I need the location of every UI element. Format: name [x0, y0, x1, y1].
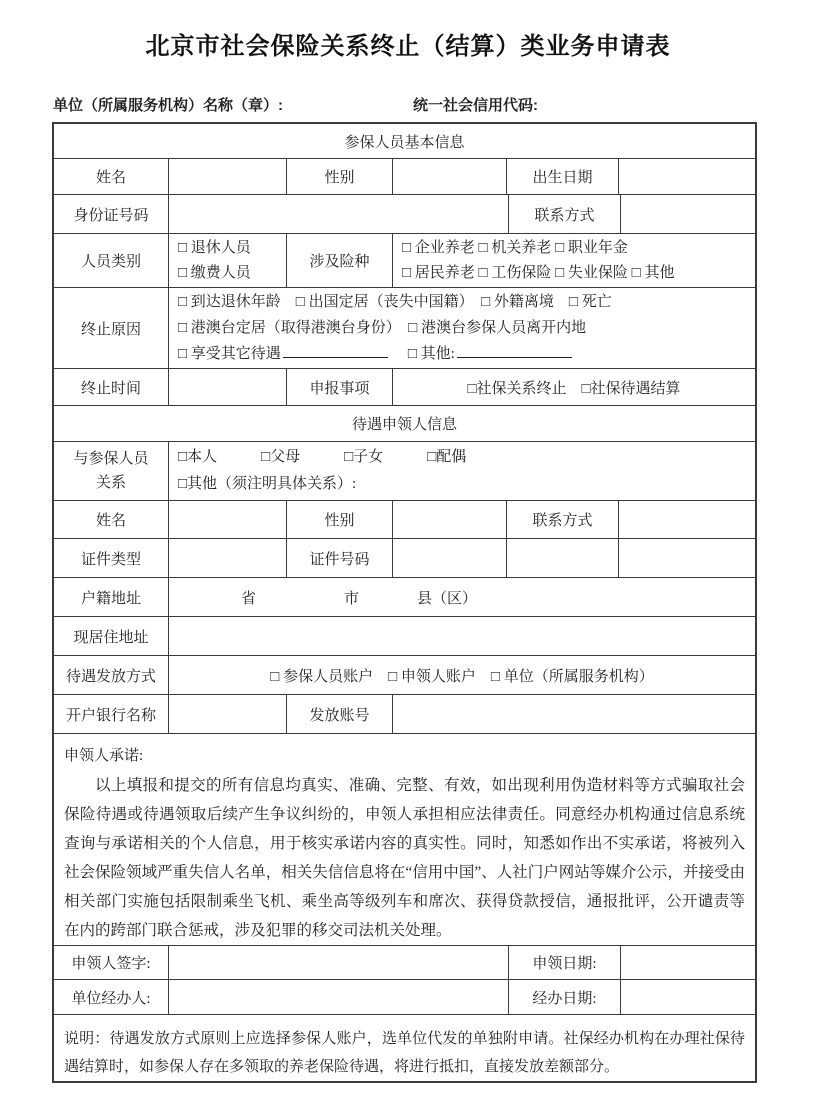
checkbox-line-reason-1[interactable]: □ 到达退休年龄 □ 出国定居（丧失中国籍） □ 外籍离境 □ 死亡: [178, 289, 612, 315]
checkbox-option-child[interactable]: □子女: [344, 444, 383, 471]
checkbox-line-insurance-2[interactable]: □ 居民养老 □ 工伤保险 □ 失业保险 □ 其他: [402, 261, 675, 286]
table-row: 姓名 性别 出生日期: [54, 158, 755, 194]
checkbox-option-parent[interactable]: □父母: [261, 444, 300, 471]
insured-section-title: 参保人员基本信息: [54, 124, 755, 158]
claimant-id-extra-cell[interactable]: [506, 539, 618, 577]
table-row: 人员类别 □ 退休人员 □ 缴费人员 涉及险种 □ 企业养老 □ 机关养老 □ …: [54, 233, 755, 287]
current-address-input[interactable]: [168, 617, 755, 655]
table-row: 户籍地址 省 市 县（区）: [54, 577, 755, 616]
termination-time-label: 终止时间: [54, 369, 168, 405]
checkbox-option-self[interactable]: □本人: [178, 444, 217, 471]
termination-reason-options: □ 到达退休年龄 □ 出国定居（丧失中国籍） □ 外籍离境 □ 死亡 □ 港澳台…: [168, 288, 755, 368]
checkbox-line-reason-3: □ 享受其它待遇□ 其他:: [178, 341, 572, 367]
insured-contact-label: 联系方式: [508, 195, 620, 233]
relation-options: □本人 □父母 □子女 □配偶 □其他（须注明具体关系）:: [168, 442, 755, 500]
form-document: 北京市社会保险关系终止（结算）类业务申请表 单位（所属服务机构）名称（章）: 统…: [0, 0, 816, 1106]
note-block: 说明：待遇发放方式原则上应选择参保人账户，选单位代发的单独附申请。社保经办机构在…: [54, 1015, 755, 1081]
unit-agent-input[interactable]: [168, 980, 508, 1014]
unit-agent-label: 单位经办人:: [54, 980, 168, 1014]
commitment-body: 以上填报和提交的所有信息均真实、准确、完整、有效，如出现利用伪造材料等方式骗取社…: [64, 771, 745, 945]
page-title: 北京市社会保险关系终止（结算）类业务申请表: [0, 0, 816, 61]
termination-time-input[interactable]: [168, 369, 286, 405]
handle-date-input[interactable]: [620, 980, 755, 1014]
commitment-heading: 申领人承诺:: [64, 742, 745, 771]
table-row: 待遇申领人信息: [54, 405, 755, 441]
current-address-label: 现居住地址: [54, 617, 168, 655]
claimant-gender-input[interactable]: [392, 501, 506, 538]
registered-address-label: 户籍地址: [54, 578, 168, 616]
relation-label: 与参保人员 关系: [54, 442, 168, 500]
checkbox-option-other-benefit[interactable]: □ 享受其它待遇: [178, 346, 281, 362]
commitment-block: 申领人承诺: 以上填报和提交的所有信息均真实、准确、完整、有效，如出现利用伪造材…: [54, 734, 755, 945]
insured-contact-input[interactable]: [620, 195, 755, 233]
insured-id-number-label: 身份证号码: [54, 195, 168, 233]
claimant-id-number-label: 证件号码: [286, 539, 392, 577]
person-type-label: 人员类别: [54, 234, 168, 287]
declaration-options[interactable]: □社保关系终止 □社保待遇结算: [392, 369, 755, 405]
checkbox-option-contributor[interactable]: □ 缴费人员: [178, 261, 251, 286]
payment-method-options[interactable]: □ 参保人员账户 □ 申领人账户 □ 单位（所属服务机构）: [168, 656, 755, 694]
relation-label-line1: 与参保人员: [73, 447, 148, 471]
payment-account-label: 发放账号: [286, 695, 392, 733]
insurance-types-label: 涉及险种: [286, 234, 392, 287]
claimant-signature-label: 申领人签字:: [54, 946, 168, 979]
bank-name-input[interactable]: [168, 695, 286, 733]
unit-name-label: 单位（所属服务机构）名称（章）:: [53, 94, 283, 115]
checkbox-line-insurance-1[interactable]: □ 企业养老 □ 机关养老 □ 职业年金: [402, 236, 628, 261]
claimant-name-label: 姓名: [54, 501, 168, 538]
note-text: 说明：待遇发放方式原则上应选择参保人账户，选单位代发的单独附申请。社保经办机构在…: [64, 1023, 745, 1081]
table-row: 开户银行名称 发放账号: [54, 694, 755, 733]
table-row: 说明：待遇发放方式原则上应选择参保人账户，选单位代发的单独附申请。社保经办机构在…: [54, 1014, 755, 1081]
claimant-id-number-input[interactable]: [392, 539, 506, 577]
insured-gender-label: 性别: [286, 159, 392, 194]
insured-name-input[interactable]: [168, 159, 286, 194]
table-row: 参保人员基本信息: [54, 124, 755, 158]
payment-method-label: 待遇发放方式: [54, 656, 168, 694]
termination-reason-label: 终止原因: [54, 288, 168, 368]
handle-date-label: 经办日期:: [508, 980, 620, 1014]
claimant-contact-label: 联系方式: [506, 501, 618, 538]
table-row: 终止时间 申报事项 □社保关系终止 □社保待遇结算: [54, 368, 755, 405]
checkbox-option-other-reason[interactable]: □ 其他:: [408, 346, 455, 362]
table-row: 身份证号码 联系方式: [54, 194, 755, 233]
claim-date-input[interactable]: [620, 946, 755, 979]
id-type-input[interactable]: [168, 539, 286, 577]
table-row: 申领人承诺: 以上填报和提交的所有信息均真实、准确、完整、有效，如出现利用伪造材…: [54, 733, 755, 945]
table-row: 现居住地址: [54, 616, 755, 655]
form-subheader: 单位（所属服务机构）名称（章）: 统一社会信用代码:: [53, 94, 758, 115]
claimant-section-title: 待遇申领人信息: [54, 406, 755, 441]
insured-gender-input[interactable]: [392, 159, 506, 194]
application-form-table: 参保人员基本信息 姓名 性别 出生日期 身份证号码 联系方式 人员类别 □ 退休…: [52, 122, 757, 1083]
insured-name-label: 姓名: [54, 159, 168, 194]
checkbox-option-spouse[interactable]: □配偶: [427, 444, 466, 471]
payment-account-input[interactable]: [392, 695, 755, 733]
claimant-name-input[interactable]: [168, 501, 286, 538]
table-row: 姓名 性别 联系方式: [54, 500, 755, 538]
claimant-signature-input[interactable]: [168, 946, 508, 979]
table-row: 待遇发放方式 □ 参保人员账户 □ 申领人账户 □ 单位（所属服务机构）: [54, 655, 755, 694]
insured-id-number-input[interactable]: [168, 195, 508, 233]
claim-date-label: 申领日期:: [508, 946, 620, 979]
county-label: 县（区）: [417, 587, 477, 608]
bank-name-label: 开户银行名称: [54, 695, 168, 733]
province-label: 省: [241, 587, 256, 608]
relation-label-line2: 关系: [96, 471, 126, 495]
checkbox-option-retiree[interactable]: □ 退休人员: [178, 236, 251, 261]
registered-address-input[interactable]: 省 市 县（区）: [168, 578, 755, 616]
relation-options-line1: □本人 □父母 □子女 □配偶: [178, 444, 466, 471]
table-row: 单位经办人: 经办日期:: [54, 979, 755, 1014]
other-reason-blank-line[interactable]: [457, 342, 572, 358]
person-type-options: □ 退休人员 □ 缴费人员: [168, 234, 286, 287]
table-row: 申领人签字: 申领日期:: [54, 945, 755, 979]
declaration-item-label: 申报事项: [286, 369, 392, 405]
checkbox-option-relation-other[interactable]: □其他（须注明具体关系）:: [178, 471, 356, 498]
table-row: 证件类型 证件号码: [54, 538, 755, 577]
insurance-type-options: □ 企业养老 □ 机关养老 □ 职业年金 □ 居民养老 □ 工伤保险 □ 失业保…: [392, 234, 755, 287]
id-type-label: 证件类型: [54, 539, 168, 577]
credit-code-label: 统一社会信用代码:: [413, 94, 538, 115]
table-row: 终止原因 □ 到达退休年龄 □ 出国定居（丧失中国籍） □ 外籍离境 □ 死亡 …: [54, 287, 755, 368]
insured-birth-date-input[interactable]: [618, 159, 755, 194]
other-benefit-blank-line[interactable]: [283, 342, 388, 358]
city-label: 市: [344, 587, 359, 608]
insured-birth-date-label: 出生日期: [506, 159, 618, 194]
claimant-id-extra-cell2[interactable]: [618, 539, 755, 577]
claimant-gender-label: 性别: [286, 501, 392, 538]
table-row: 与参保人员 关系 □本人 □父母 □子女 □配偶 □其他（须注明具体关系）:: [54, 441, 755, 500]
claimant-contact-input[interactable]: [618, 501, 755, 538]
checkbox-line-reason-2[interactable]: □ 港澳台定居（取得港澳台身份） □ 港澳台参保人员离开内地: [178, 315, 586, 341]
